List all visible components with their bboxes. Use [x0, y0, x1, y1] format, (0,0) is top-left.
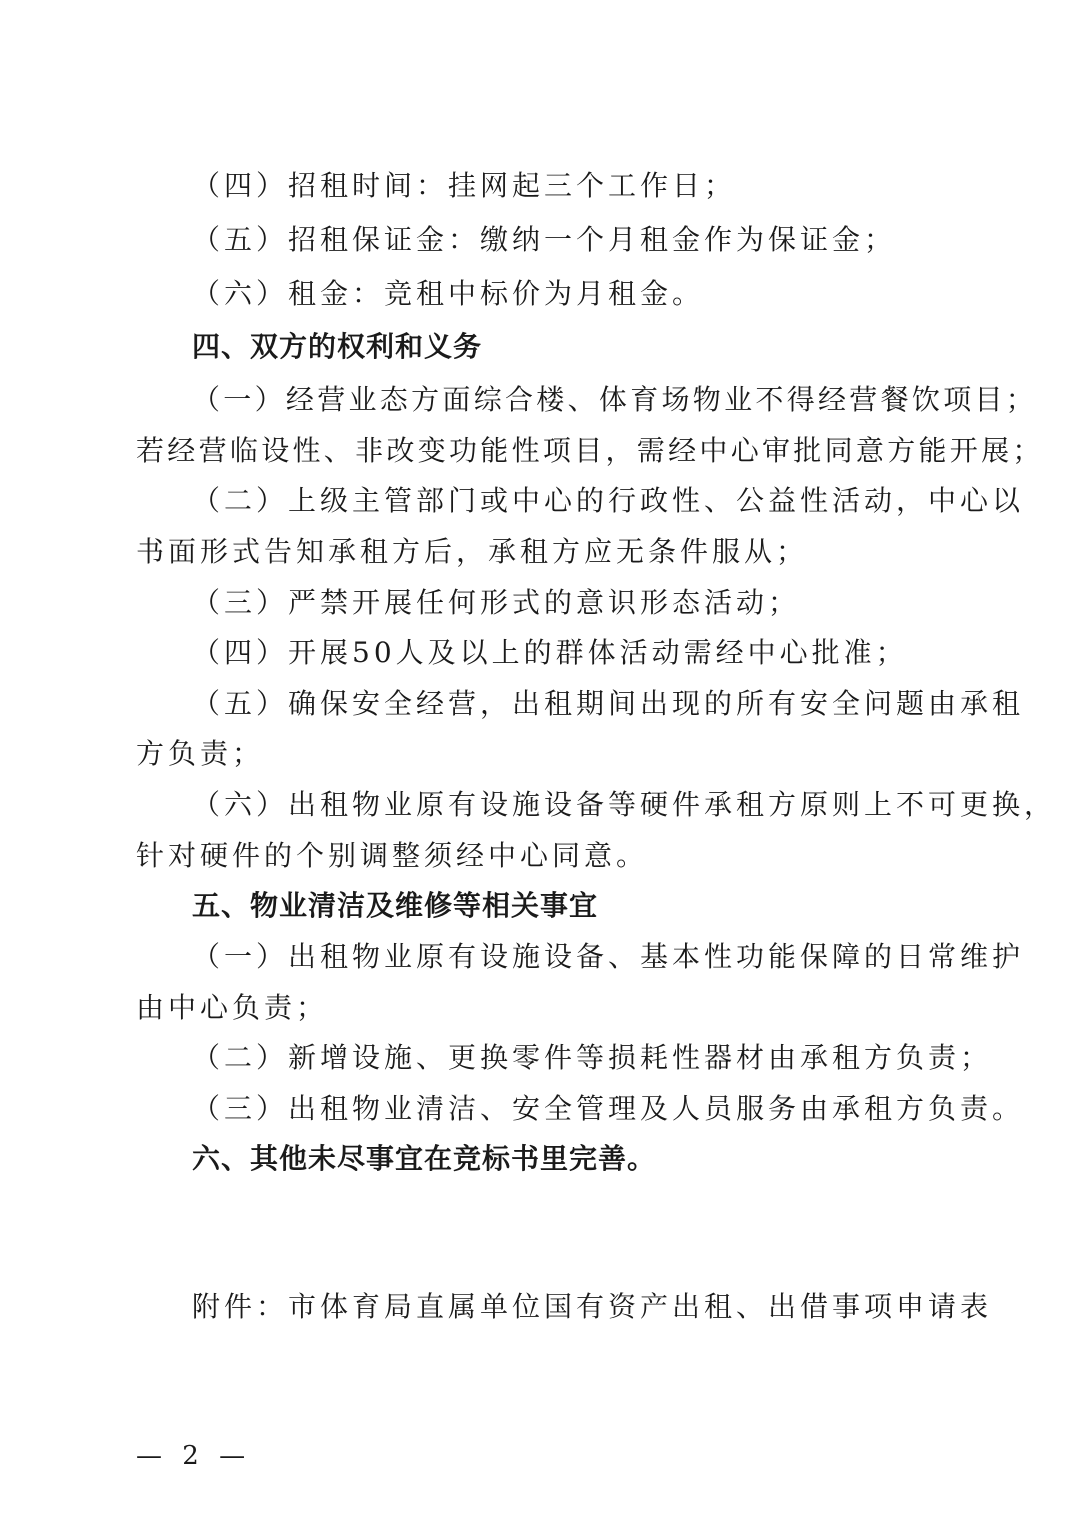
- paragraph-rent: （六）租金：竞租中标价为月租金。: [192, 274, 704, 314]
- paragraph-rights-3: （三）严禁开展任何形式的意识形态活动；: [192, 583, 800, 623]
- paragraph-rights-1: （一）经营业态方面综合楼、体育场物业不得经营餐饮项目；: [192, 380, 1037, 420]
- paragraph-rights-4: （四）开展50人及以上的群体活动需经中心批准；: [192, 633, 908, 673]
- paragraph-recruit-time: （四）招租时间：挂网起三个工作日；: [192, 166, 736, 206]
- paragraph-cleaning-1: （一）出租物业原有设施设备、基本性功能保障的日常维护: [192, 937, 1024, 977]
- page-number: — 2 —: [136, 1438, 251, 1474]
- attachment-note: 附件：市体育局直属单位国有资产出租、出借事项申请表: [192, 1287, 992, 1327]
- paragraph-rights-2-cont: 书面形式告知承租方后，承租方应无条件服从；: [136, 532, 808, 572]
- document-page: （四）招租时间：挂网起三个工作日； （五）招租保证金：缴纳一个月租金作为保证金；…: [0, 0, 1074, 1520]
- section-heading-rights: 四、双方的权利和义务: [192, 327, 482, 367]
- paragraph-rights-5: （五）确保安全经营，出租期间出现的所有安全问题由承租: [192, 684, 1024, 724]
- paragraph-cleaning-3: （三）出租物业清洁、安全管理及人员服务由承租方负责。: [192, 1089, 1024, 1129]
- paragraph-rights-6: （六）出租物业原有设施设备等硬件承租方原则上不可更换，: [192, 785, 1056, 825]
- paragraph-cleaning-1-cont: 由中心负责；: [136, 988, 328, 1028]
- section-heading-cleaning: 五、物业清洁及维修等相关事宜: [192, 886, 598, 926]
- paragraph-rights-1-cont: 若经营临设性、非改变功能性项目，需经中心审批同意方能开展；: [136, 431, 1044, 471]
- paragraph-rights-2: （二）上级主管部门或中心的行政性、公益性活动，中心以: [192, 481, 1024, 521]
- paragraph-rights-5-cont: 方负责；: [136, 734, 264, 774]
- paragraph-cleaning-2: （二）新增设施、更换零件等损耗性器材由承租方负责；: [192, 1038, 992, 1078]
- paragraph-deposit: （五）招租保证金：缴纳一个月租金作为保证金；: [192, 220, 896, 260]
- paragraph-rights-6-cont: 针对硬件的个别调整须经中心同意。: [136, 836, 648, 876]
- section-heading-other: 六、其他未尽事宜在竞标书里完善。: [192, 1139, 656, 1179]
